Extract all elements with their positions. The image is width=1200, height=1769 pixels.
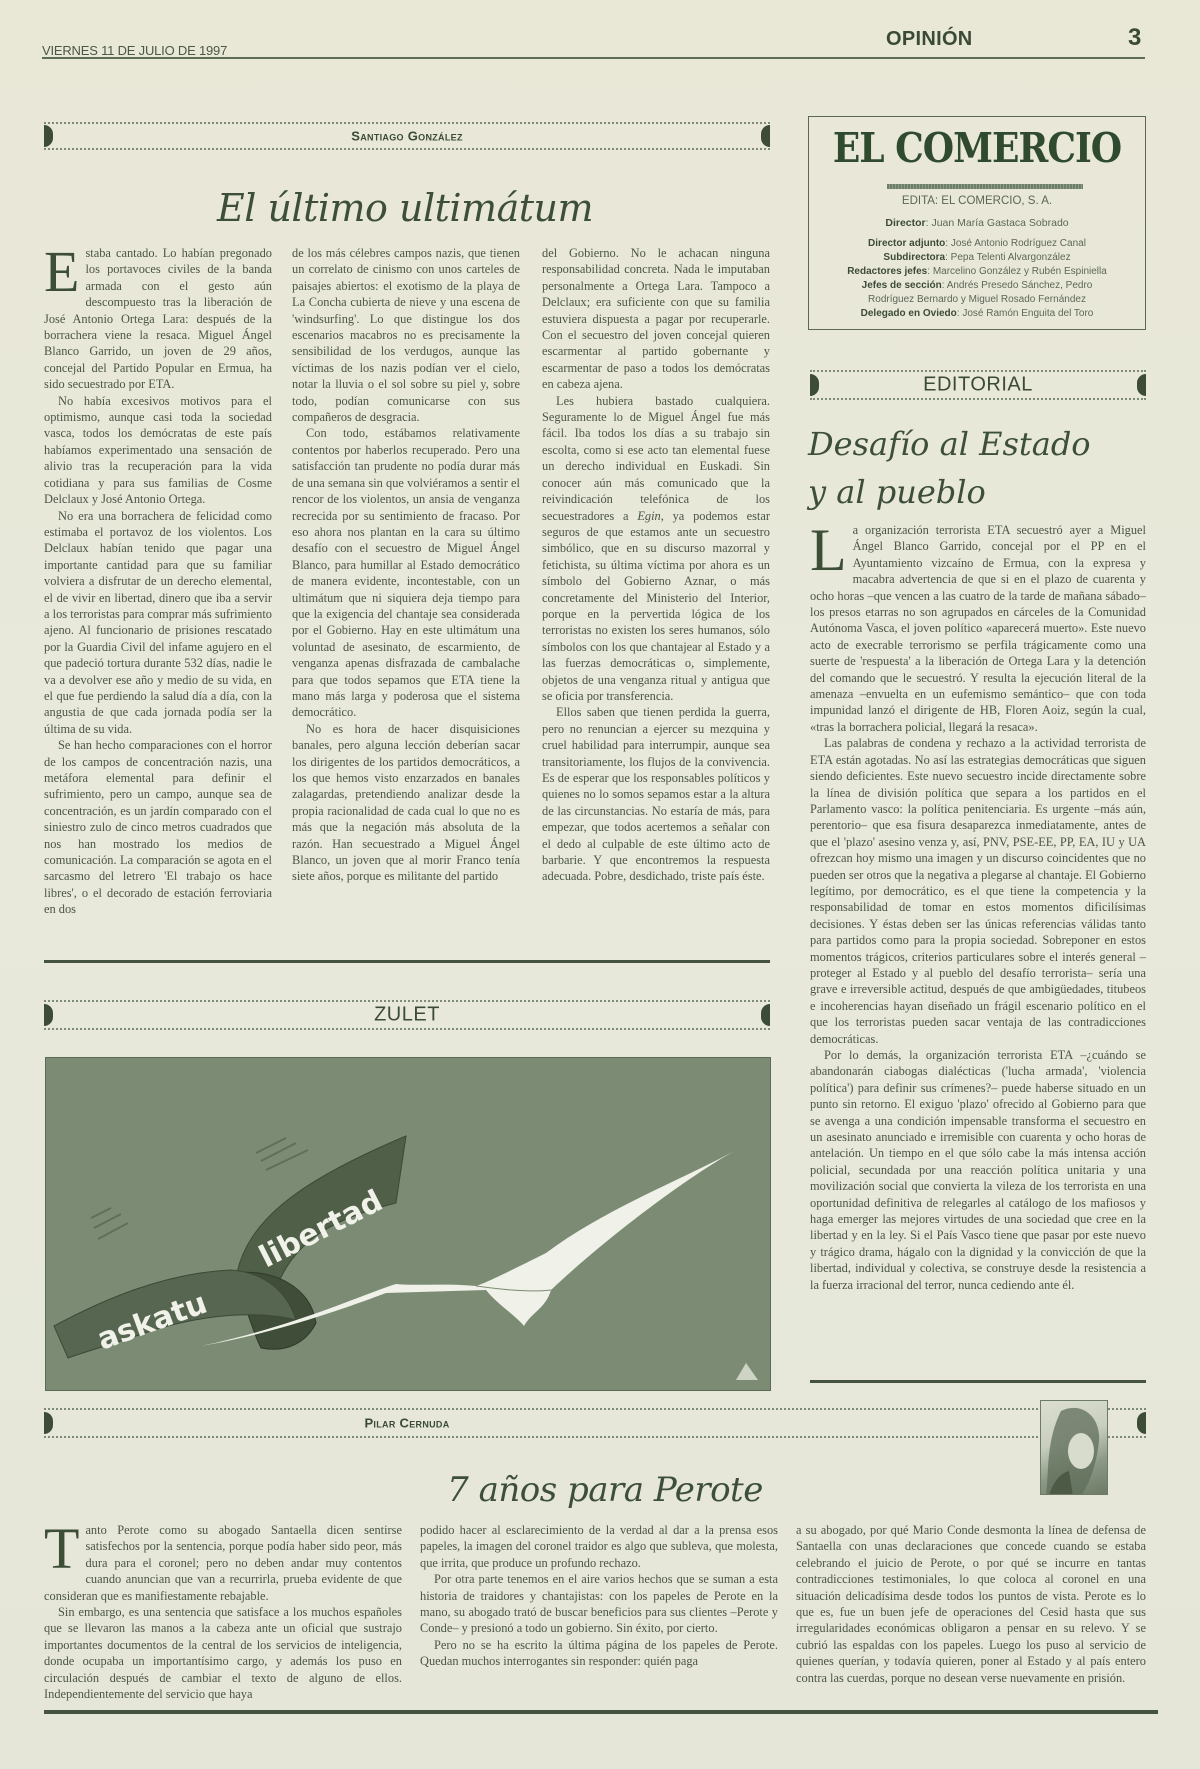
paragraph: Con todo, estábamos relativamente conten… — [292, 425, 520, 720]
article1-column-1: Estaba cantado. Lo habían pregonado los … — [44, 245, 272, 918]
article-title: 7 años para Perote — [0, 1470, 1200, 1510]
half-moon-right-icon — [1137, 374, 1146, 396]
dotted-rule — [44, 1436, 1146, 1438]
publisher-line: EDITA: EL COMERCIO, S. A. — [809, 195, 1145, 207]
page-number: 3 — [1128, 24, 1141, 52]
author-byline: Pilar Cernuda — [44, 1416, 770, 1431]
half-moon-right-icon — [761, 1004, 770, 1026]
logo-underline — [887, 184, 1083, 189]
paragraph: Pero no se ha escrito la última página d… — [420, 1637, 778, 1670]
newspaper-page: VIERNES 11 DE JULIO DE 1997 OPINIÓN 3 Sa… — [0, 0, 1200, 1769]
staff-role: Subdirectora — [883, 252, 945, 263]
paragraph: Las palabras de condena y rechazo a la a… — [810, 735, 1146, 1047]
editorial-body: La organización terrorista ETA secuestró… — [810, 522, 1146, 1293]
paragraph: Por otra parte tenemos en el aire varios… — [420, 1571, 778, 1637]
dotted-rule — [44, 1028, 770, 1030]
text-run: , ya podemos estar seguros de que estamo… — [542, 509, 770, 703]
article1-column-2: de los más célebres campos nazis, que ti… — [292, 245, 520, 885]
paragraph: Sin embargo, es una sentencia que satisf… — [44, 1604, 402, 1702]
dotted-rule — [44, 148, 770, 150]
half-moon-right-icon — [1137, 1412, 1146, 1434]
staff-name: Marcelino González y Rubén Espiniella — [933, 266, 1107, 277]
staff-role: Director — [885, 217, 925, 229]
header-rule — [42, 57, 1145, 59]
staff-role: Delegado en Oviedo — [861, 308, 957, 319]
author-byline: Santiago González — [44, 129, 770, 144]
paragraph: No era una borrachera de felicidad como … — [44, 508, 272, 738]
drop-cap: L — [810, 524, 847, 574]
section-rule — [810, 1380, 1146, 1383]
newspaper-logo: EL COMERCIO — [809, 124, 1145, 172]
staff-role: Jefes de sección — [862, 280, 942, 291]
section-name: OPINIÓN — [886, 28, 973, 51]
section-rule — [44, 960, 770, 963]
dotted-rule — [810, 370, 1146, 372]
paragraph: Se han hecho comparaciones con el horror… — [44, 737, 272, 917]
staff-list: Director adjunto: José Antonio Rodríguez… — [809, 237, 1145, 321]
paragraph: No había excesivos motivos para el optim… — [44, 393, 272, 508]
artist-signature — [736, 1363, 758, 1380]
dotted-rule — [44, 1000, 770, 1002]
staff-name: Pepa Telenti Alvargonzález — [951, 252, 1071, 263]
staff-director: Director: Juan María Gastaca Sobrado — [809, 216, 1145, 230]
staff-name: Juan María Gastaca Sobrado — [931, 217, 1068, 229]
paragraph: anto Perote como su abogado Santaella di… — [44, 1523, 402, 1603]
paragraph: del Gobierno. No le achacan ninguna resp… — [542, 245, 770, 393]
article2-column-1: Tanto Perote como su abogado Santaella d… — [44, 1522, 402, 1702]
dotted-rule — [44, 122, 770, 124]
paragraph: a organización terrorista ETA secuestró … — [810, 523, 1146, 734]
publication-name: Egin — [637, 509, 660, 523]
article-title: El último ultimátum — [0, 186, 810, 230]
byline-band-pilar: Pilar Cernuda — [44, 1408, 1146, 1438]
editorial-label: EDITORIAL — [810, 374, 1146, 397]
text-run: Les hubiera bastado cualquiera. Segurame… — [542, 394, 770, 523]
staff-role: Director adjunto — [868, 238, 945, 249]
paragraph: a su abogado, por qué Mario Conde desmon… — [796, 1522, 1146, 1686]
paragraph: podido hacer al esclarecimiento de la ve… — [420, 1522, 778, 1571]
drop-cap: T — [44, 1524, 79, 1572]
paragraph: Ellos saben que tienen perdida la guerra… — [542, 704, 770, 884]
dotted-rule — [44, 1408, 1146, 1410]
drop-cap: E — [44, 247, 79, 295]
staff-role: Redactores jefes — [847, 266, 927, 277]
editorial-title-line: y al pueblo — [808, 468, 1091, 516]
article2-column-3: a su abogado, por qué Mario Conde desmon… — [796, 1522, 1146, 1686]
staff-name: José Antonio Rodríguez Canal — [951, 238, 1086, 249]
cartoonist-name: ZULET — [44, 1004, 770, 1027]
editorial-band: EDITORIAL — [810, 370, 1146, 400]
bottom-rule — [44, 1710, 1158, 1714]
editorial-title: Desafío al Estado y al pueblo — [808, 420, 1091, 516]
paragraph: de los más célebres campos nazis, que ti… — [292, 245, 520, 425]
paragraph: Por lo demás, la organización terrorista… — [810, 1047, 1146, 1293]
byline-band-santiago: Santiago González — [44, 122, 770, 150]
paragraph: No es hora de hacer disquisiciones banal… — [292, 721, 520, 885]
article1-column-3: del Gobierno. No le achacan ninguna resp… — [542, 245, 770, 885]
paragraph: Les hubiera bastado cualquiera. Segurame… — [542, 393, 770, 705]
article2-column-2: podido hacer al esclarecimiento de la ve… — [420, 1522, 778, 1670]
editorial-title-line: Desafío al Estado — [808, 420, 1091, 468]
issue-date: VIERNES 11 DE JULIO DE 1997 — [42, 43, 227, 58]
staff-name: José Ramón Enguita del Toro — [962, 308, 1093, 319]
editorial-cartoon: askatu libertad — [45, 1057, 771, 1391]
dotted-rule — [810, 398, 1146, 400]
cartoon-band: ZULET — [44, 1000, 770, 1030]
half-moon-right-icon — [761, 125, 770, 147]
masthead-box: EL COMERCIO EDITA: EL COMERCIO, S. A. Di… — [808, 116, 1146, 330]
seagull-ribbon-illustration: askatu libertad — [46, 1058, 771, 1391]
